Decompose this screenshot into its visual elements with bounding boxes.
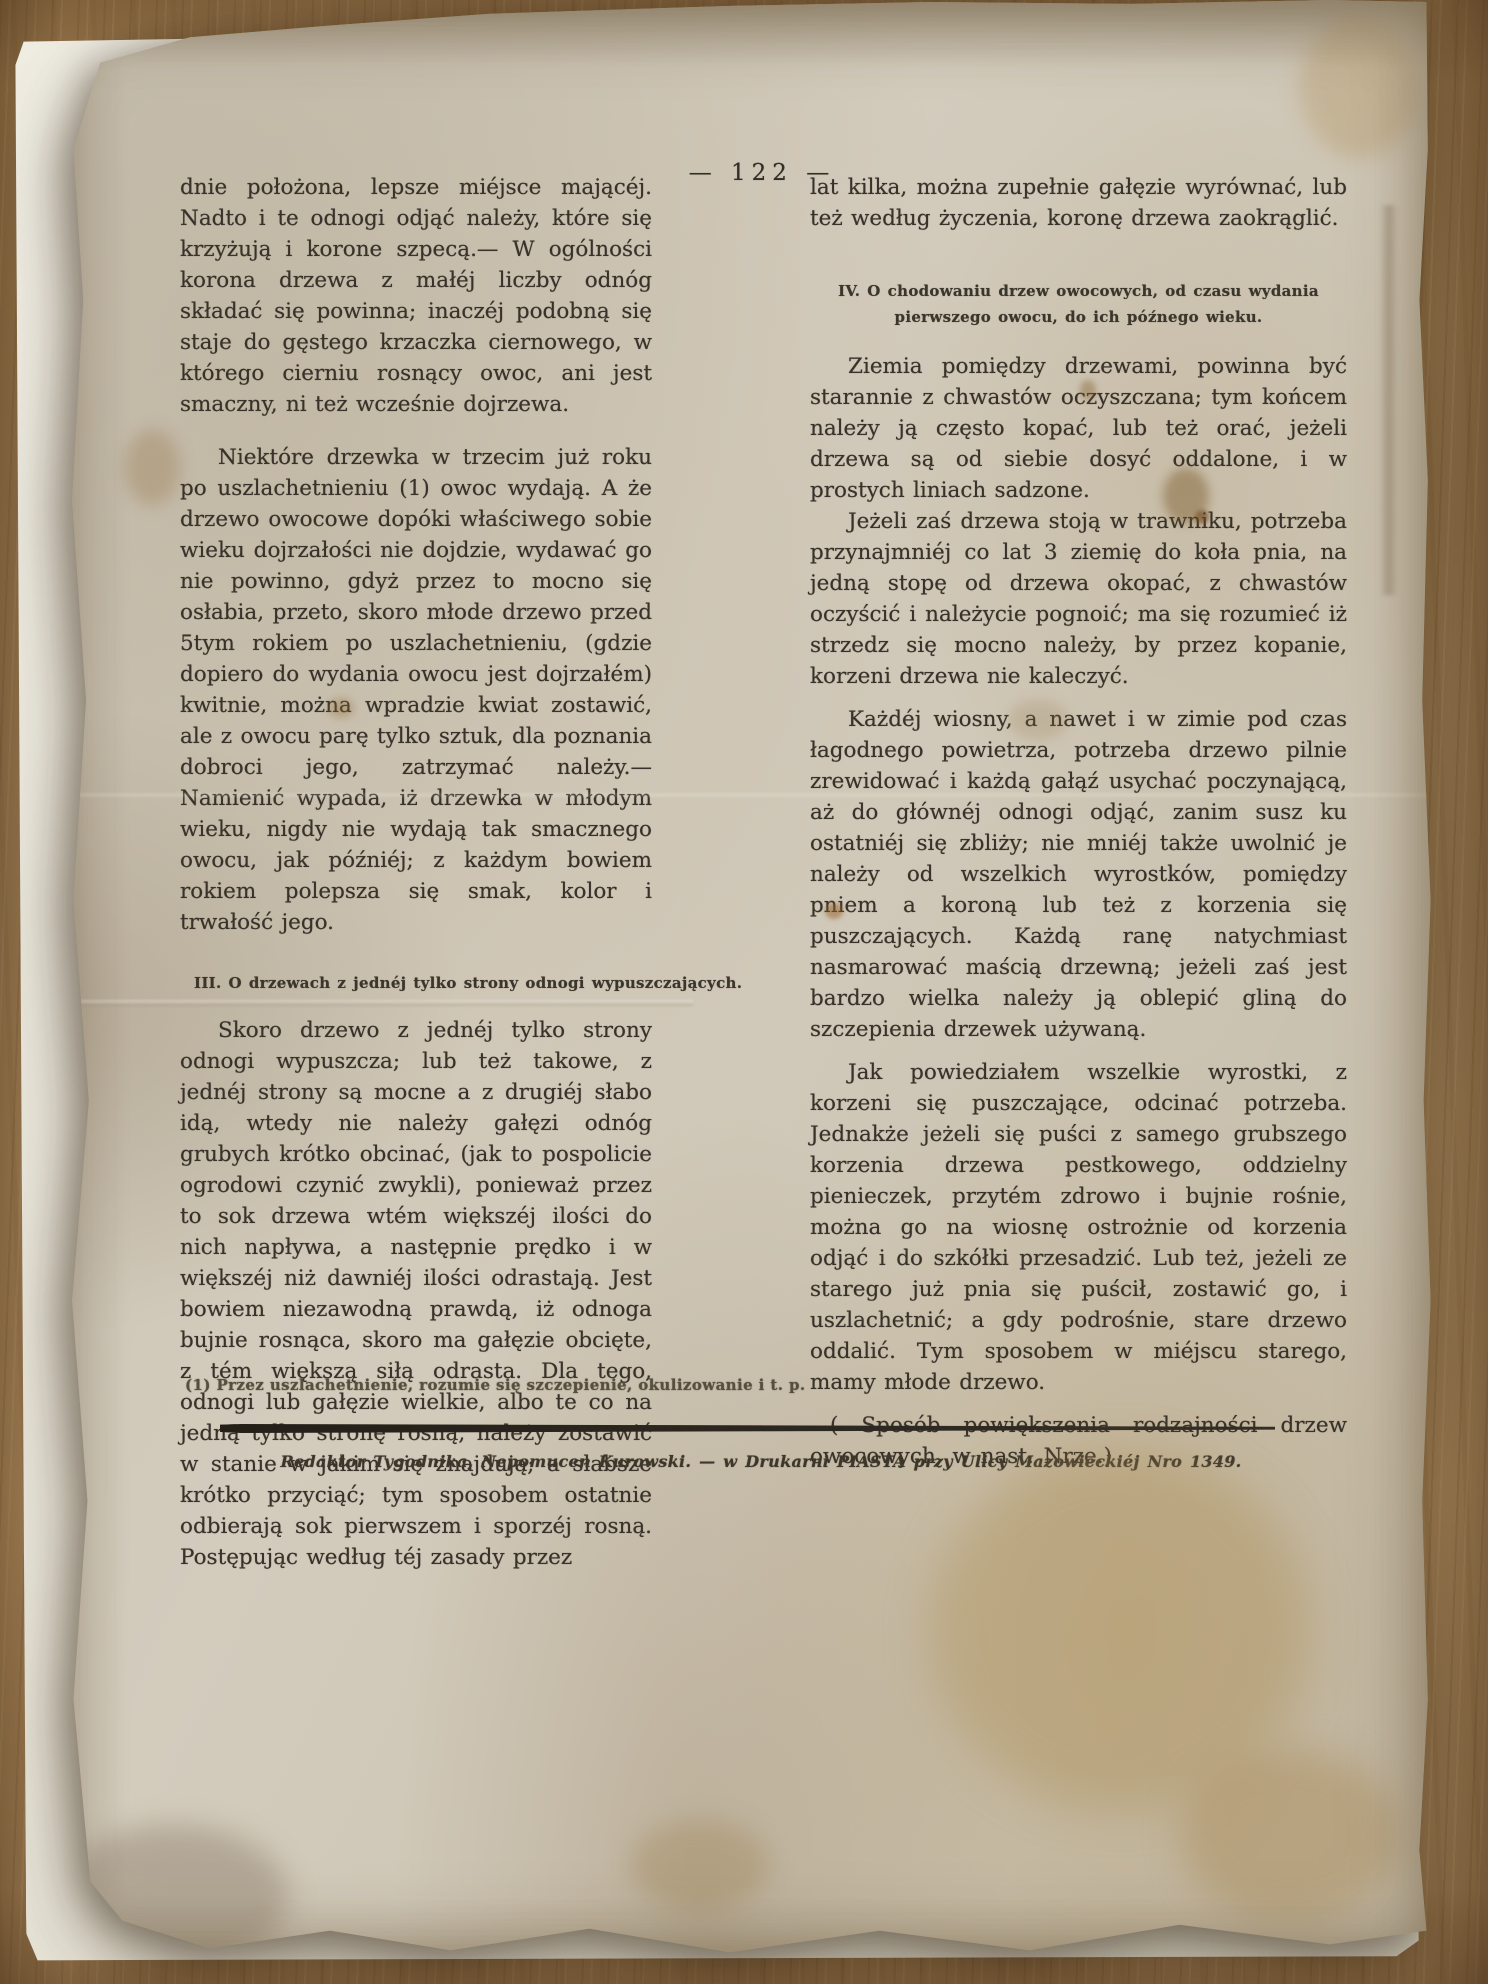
section-heading-iv: IV. O chodowaniu drzew owocowych, od cza… xyxy=(821,278,1337,331)
paragraph: Skoro drzewo z jednéj tylko strony odnog… xyxy=(180,1015,652,1573)
paragraph-continuation: dnie położona, lepsze miéjsce mającéj. N… xyxy=(180,172,652,420)
paper-stain xyxy=(930,1450,1310,1810)
paragraph-continuation: lat kilka, można zupełnie gałęzie wyrówn… xyxy=(810,172,1347,234)
paragraph: Każdéj wiosny, a nawet i w zimie pod cza… xyxy=(810,704,1347,1045)
paper-stain xyxy=(125,430,180,505)
paragraph: Jak powiedziałem wszelkie wyrostki, z ko… xyxy=(810,1057,1347,1398)
paragraph: Niektóre drzewka w trzecim już roku po u… xyxy=(180,442,652,938)
imprint-line: Redaktor Tygodnika, Nepomucen Kurowski. … xyxy=(30,1452,1432,1471)
paper-stain xyxy=(630,1820,770,1910)
paper-stain xyxy=(1300,18,1420,158)
section-heading-iii: III. O drzewach z jednéj tylko strony od… xyxy=(180,968,652,999)
scanned-page: — 122 — dnie położona, lepsze miéjsce ma… xyxy=(30,0,1432,1962)
left-column: dnie położona, lepsze miéjsce mającéj. N… xyxy=(180,172,652,1573)
paragraph: Jeżeli zaś drzewa stoją w trawniku, potr… xyxy=(810,506,1347,692)
footnote: (1) Przez uszlachetnienie, rozumie się s… xyxy=(185,1376,945,1394)
scanned-page-wrap: — 122 — dnie położona, lepsze miéjsce ma… xyxy=(0,0,1488,1984)
desk-surface: — 122 — dnie położona, lepsze miéjsce ma… xyxy=(0,0,1488,1984)
paragraph: Ziemia pomiędzy drzewami, powinna być st… xyxy=(810,351,1347,506)
paper-stain xyxy=(1180,1750,1400,1920)
paper-corner-shadow xyxy=(58,1825,288,1970)
paper-crease xyxy=(1380,205,1398,595)
right-column: lat kilka, można zupełnie gałęzie wyrówn… xyxy=(810,172,1347,1472)
